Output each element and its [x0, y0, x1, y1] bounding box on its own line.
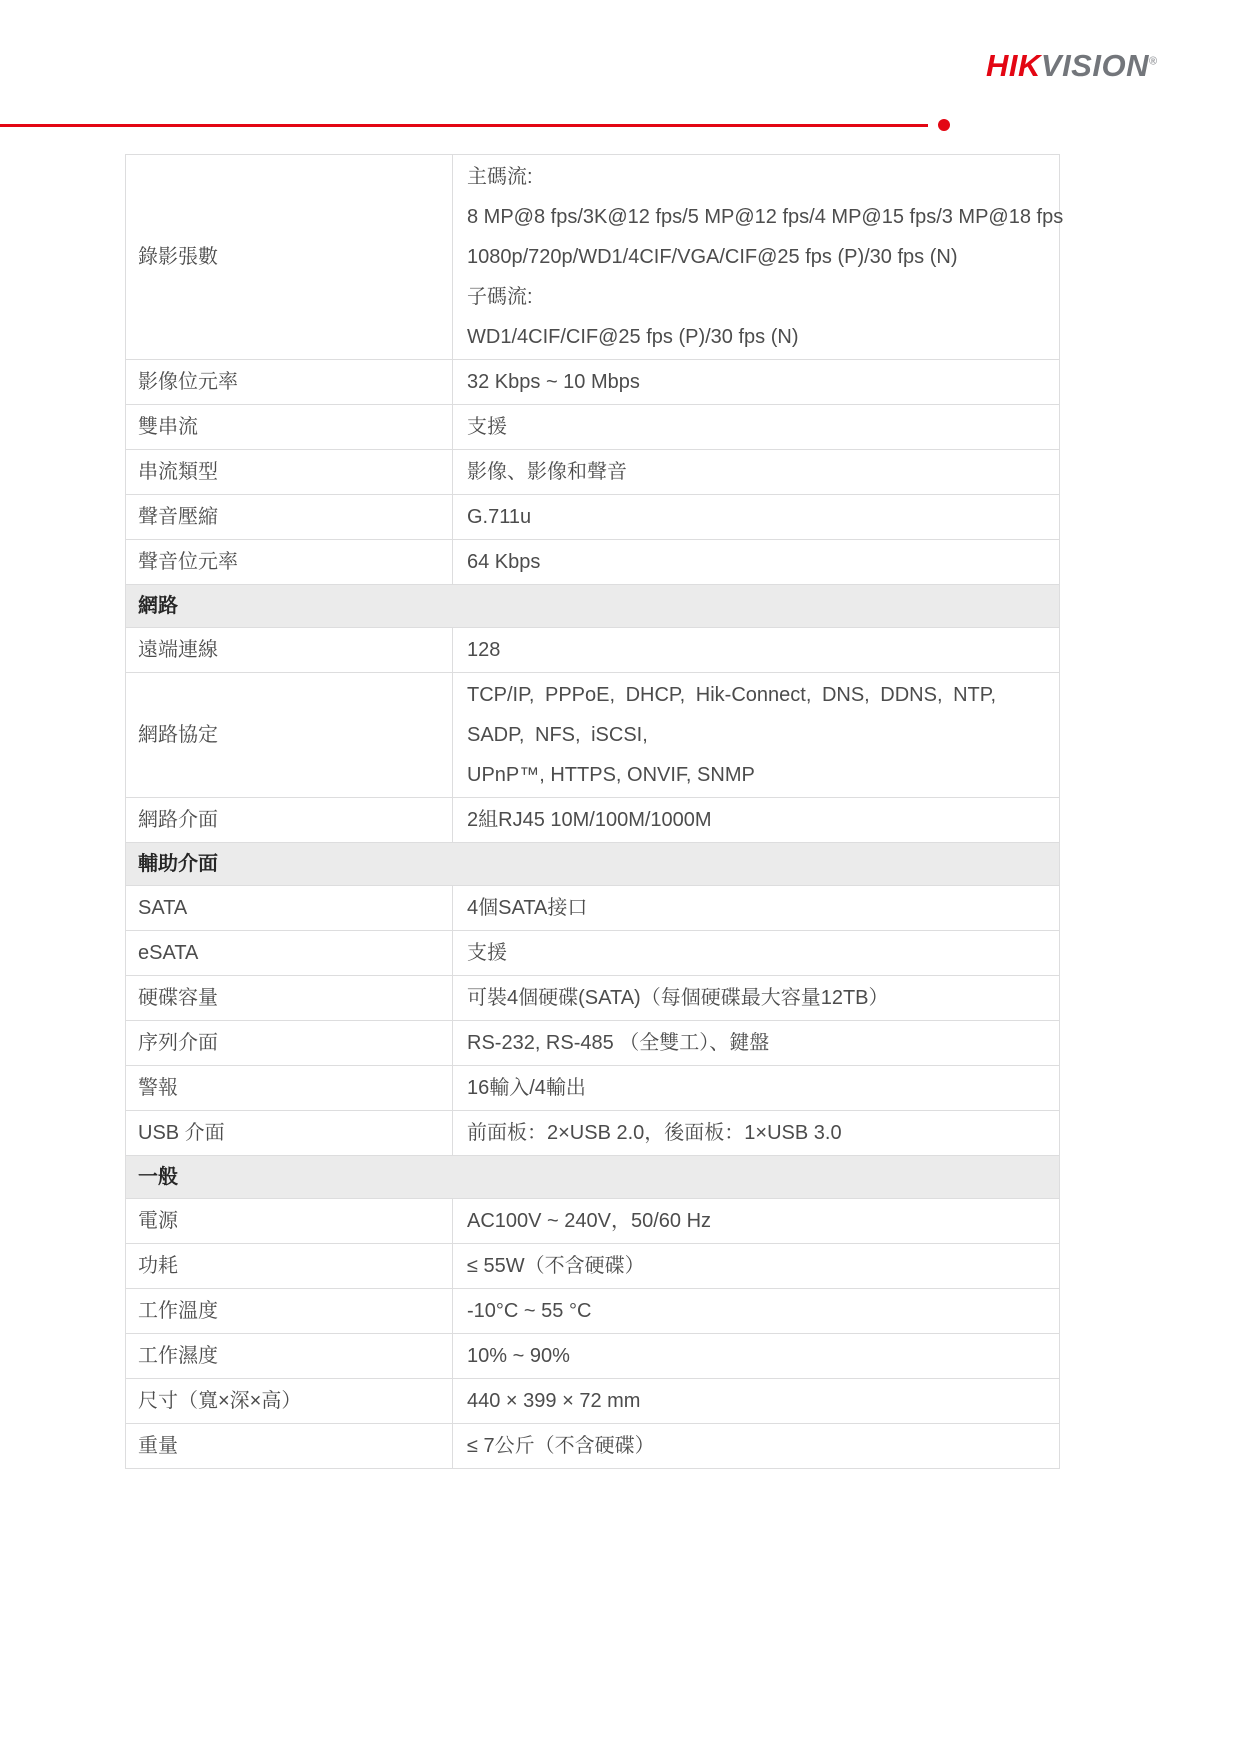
spec-row: 聲音位元率64 Kbps — [126, 540, 1060, 585]
spec-value: 4個SATA接口 — [453, 886, 1060, 931]
spec-value-line: 16輸入/4輸出 — [467, 1068, 1047, 1108]
header-divider-line — [0, 124, 928, 127]
spec-value: 主碼流:8 MP@8 fps/3K@12 fps/5 MP@12 fps/4 M… — [453, 155, 1060, 360]
spec-value-line: TCP/IP, PPPoE, DHCP, Hik-Connect, DNS, D… — [467, 675, 1047, 755]
spec-value: 64 Kbps — [453, 540, 1060, 585]
hikvision-logo: HIKVISION® — [986, 48, 1158, 84]
spec-label: 尺寸（寬×深×高） — [126, 1379, 453, 1424]
spec-value: ≤ 7公斤（不含硬碟） — [453, 1424, 1060, 1469]
spec-label: 序列介面 — [126, 1021, 453, 1066]
spec-value: -10°C ~ 55 °C — [453, 1289, 1060, 1334]
spec-value-line: UPnP™, HTTPS, ONVIF, SNMP — [467, 755, 1047, 795]
logo-hik-text: HIK — [986, 48, 1041, 83]
spec-label: USB 介面 — [126, 1111, 453, 1156]
spec-value-line: 32 Kbps ~ 10 Mbps — [467, 362, 1047, 402]
spec-value-line: ≤ 55W（不含硬碟） — [467, 1246, 1047, 1286]
spec-label: 雙串流 — [126, 405, 453, 450]
spec-value: TCP/IP, PPPoE, DHCP, Hik-Connect, DNS, D… — [453, 673, 1060, 798]
spec-value: 10% ~ 90% — [453, 1334, 1060, 1379]
spec-row: 硬碟容量可裝4個硬碟(SATA)（每個硬碟最大容量12TB） — [126, 976, 1060, 1021]
spec-value-line: 8 MP@8 fps/3K@12 fps/5 MP@12 fps/4 MP@15… — [467, 197, 1047, 237]
spec-row: 串流類型影像、影像和聲音 — [126, 450, 1060, 495]
spec-label: 電源 — [126, 1199, 453, 1244]
spec-row: 影像位元率32 Kbps ~ 10 Mbps — [126, 360, 1060, 405]
spec-table-body: 錄影張數主碼流:8 MP@8 fps/3K@12 fps/5 MP@12 fps… — [126, 155, 1060, 1469]
spec-value: 前面板：2×USB 2.0，後面板：1×USB 3.0 — [453, 1111, 1060, 1156]
spec-value-line: 1080p/720p/WD1/4CIF/VGA/CIF@25 fps (P)/3… — [467, 237, 1047, 277]
spec-label: 影像位元率 — [126, 360, 453, 405]
spec-label: 錄影張數 — [126, 155, 453, 360]
spec-row: 電源AC100V ~ 240V，50/60 Hz — [126, 1199, 1060, 1244]
datasheet-page: HIKVISION® 錄影張數主碼流:8 MP@8 fps/3K@12 fps/… — [0, 0, 1240, 1754]
spec-value-line: 支援 — [467, 933, 1047, 973]
spec-value: 2組RJ45 10M/100M/1000M — [453, 798, 1060, 843]
spec-row: 功耗≤ 55W（不含硬碟） — [126, 1244, 1060, 1289]
section-header-row: 輔助介面 — [126, 843, 1060, 886]
spec-value: 32 Kbps ~ 10 Mbps — [453, 360, 1060, 405]
spec-label: 工作溫度 — [126, 1289, 453, 1334]
spec-value-line: 128 — [467, 630, 1047, 670]
spec-label: 網路協定 — [126, 673, 453, 798]
spec-label: 警報 — [126, 1066, 453, 1111]
spec-row: 錄影張數主碼流:8 MP@8 fps/3K@12 fps/5 MP@12 fps… — [126, 155, 1060, 360]
section-header-row: 網路 — [126, 585, 1060, 628]
spec-value-line: 影像、影像和聲音 — [467, 452, 1047, 492]
spec-value-line: 子碼流: — [467, 277, 1047, 317]
spec-value-line: 2組RJ45 10M/100M/1000M — [467, 800, 1047, 840]
spec-row: SATA4個SATA接口 — [126, 886, 1060, 931]
spec-value-line: 可裝4個硬碟(SATA)（每個硬碟最大容量12TB） — [467, 978, 1047, 1018]
spec-value-line: 前面板：2×USB 2.0，後面板：1×USB 3.0 — [467, 1113, 1047, 1153]
spec-row: 序列介面RS-232, RS-485 （全雙工）、鍵盤 — [126, 1021, 1060, 1066]
spec-label: 工作濕度 — [126, 1334, 453, 1379]
spec-value: 16輸入/4輸出 — [453, 1066, 1060, 1111]
spec-value: 128 — [453, 628, 1060, 673]
spec-row: 網路介面2組RJ45 10M/100M/1000M — [126, 798, 1060, 843]
spec-value: RS-232, RS-485 （全雙工）、鍵盤 — [453, 1021, 1060, 1066]
spec-label: 遠端連線 — [126, 628, 453, 673]
spec-value: 440 × 399 × 72 mm — [453, 1379, 1060, 1424]
spec-value-line: 64 Kbps — [467, 542, 1047, 582]
spec-value: 可裝4個硬碟(SATA)（每個硬碟最大容量12TB） — [453, 976, 1060, 1021]
spec-label: 硬碟容量 — [126, 976, 453, 1021]
spec-row: 雙串流支援 — [126, 405, 1060, 450]
spec-row: USB 介面前面板：2×USB 2.0，後面板：1×USB 3.0 — [126, 1111, 1060, 1156]
section-header-label: 網路 — [126, 585, 1060, 628]
spec-value-line: 主碼流: — [467, 157, 1047, 197]
spec-value-line: WD1/4CIF/CIF@25 fps (P)/30 fps (N) — [467, 317, 1047, 357]
spec-label: eSATA — [126, 931, 453, 976]
spec-value-line: 4個SATA接口 — [467, 888, 1047, 928]
section-header-label: 輔助介面 — [126, 843, 1060, 886]
registered-trademark-icon: ® — [1149, 56, 1158, 68]
header-divider-dot — [938, 119, 950, 131]
spec-label: 聲音壓縮 — [126, 495, 453, 540]
spec-value: 支援 — [453, 931, 1060, 976]
spec-row: 警報16輸入/4輸出 — [126, 1066, 1060, 1111]
spec-row: 重量≤ 7公斤（不含硬碟） — [126, 1424, 1060, 1469]
spec-row: 工作濕度10% ~ 90% — [126, 1334, 1060, 1379]
spec-value: G.711u — [453, 495, 1060, 540]
spec-label: SATA — [126, 886, 453, 931]
spec-row: 工作溫度-10°C ~ 55 °C — [126, 1289, 1060, 1334]
spec-label: 串流類型 — [126, 450, 453, 495]
logo-vision-text: VISION — [1041, 48, 1149, 83]
spec-label: 網路介面 — [126, 798, 453, 843]
spec-row: 尺寸（寬×深×高）440 × 399 × 72 mm — [126, 1379, 1060, 1424]
section-header-row: 一般 — [126, 1156, 1060, 1199]
spec-row: 聲音壓縮G.711u — [126, 495, 1060, 540]
spec-value-line: AC100V ~ 240V，50/60 Hz — [467, 1201, 1047, 1241]
spec-label: 聲音位元率 — [126, 540, 453, 585]
spec-value: AC100V ~ 240V，50/60 Hz — [453, 1199, 1060, 1244]
spec-value-line: 支援 — [467, 407, 1047, 447]
spec-value-line: -10°C ~ 55 °C — [467, 1291, 1047, 1331]
spec-row: 遠端連線128 — [126, 628, 1060, 673]
spec-value-line: ≤ 7公斤（不含硬碟） — [467, 1426, 1047, 1466]
spec-table: 錄影張數主碼流:8 MP@8 fps/3K@12 fps/5 MP@12 fps… — [125, 154, 1060, 1469]
section-header-label: 一般 — [126, 1156, 1060, 1199]
spec-label: 功耗 — [126, 1244, 453, 1289]
spec-row: 網路協定TCP/IP, PPPoE, DHCP, Hik-Connect, DN… — [126, 673, 1060, 798]
spec-value-line: 440 × 399 × 72 mm — [467, 1381, 1047, 1421]
spec-value-line: RS-232, RS-485 （全雙工）、鍵盤 — [467, 1023, 1047, 1063]
spec-value-line: G.711u — [467, 497, 1047, 537]
spec-value: 影像、影像和聲音 — [453, 450, 1060, 495]
spec-value: ≤ 55W（不含硬碟） — [453, 1244, 1060, 1289]
spec-value: 支援 — [453, 405, 1060, 450]
spec-row: eSATA支援 — [126, 931, 1060, 976]
spec-label: 重量 — [126, 1424, 453, 1469]
spec-value-line: 10% ~ 90% — [467, 1336, 1047, 1376]
